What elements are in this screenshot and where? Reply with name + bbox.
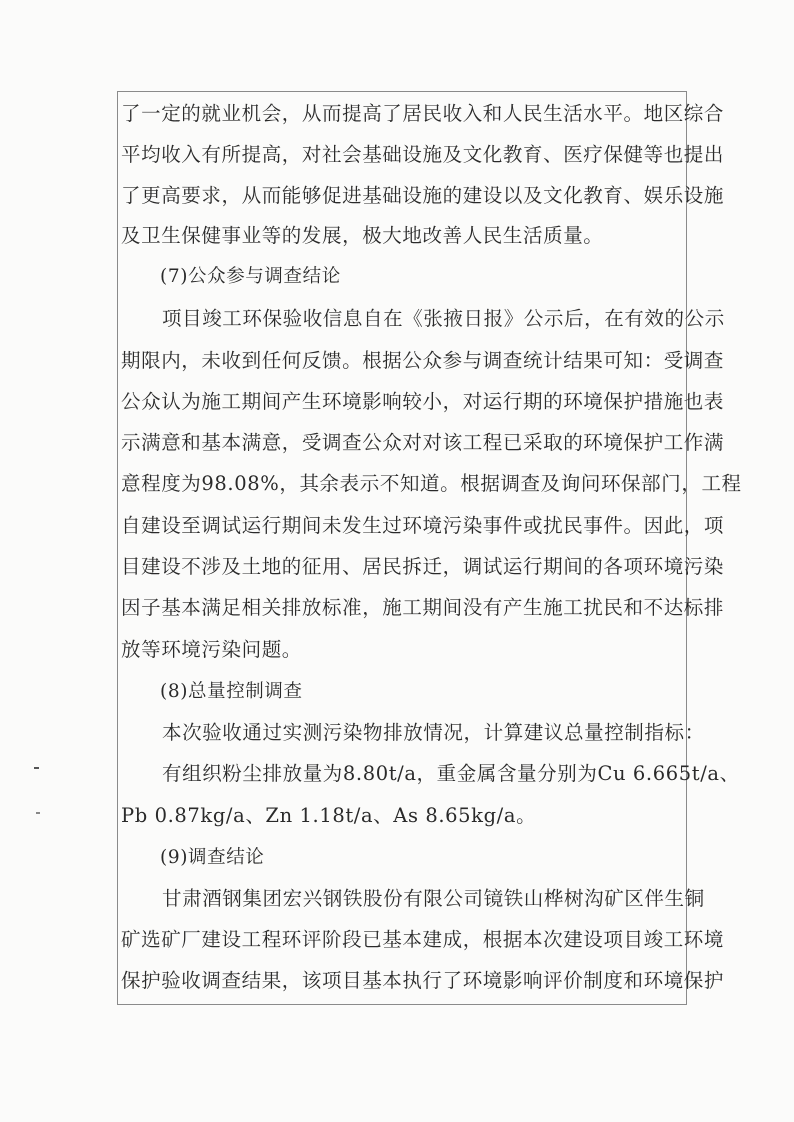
paragraph-line: 了一定的就业机会，从而提高了居民收入和人民生活水平。地区综合 <box>121 102 724 126</box>
paragraph-line: 目建设不涉及土地的征用、居民拆迁，调试运行期间的各项环境污染 <box>121 555 724 579</box>
paragraph-line: 及卫生保健事业等的发展，极大地改善人民生活质量。 <box>121 224 603 248</box>
paragraph-line: 保护验收调查结果，该项目基本执行了环境影响评价制度和环境保护 <box>121 969 724 993</box>
paragraph-line: 期限内，未收到任何反馈。根据公众参与调查统计结果可知：受调查 <box>121 349 724 373</box>
scan-mark <box>36 812 40 814</box>
paragraph-line: 示满意和基本满意，受调查公众对对该工程已采取的环境保护工作满 <box>121 431 724 455</box>
paragraph-line: 矿选矿厂建设工程环评阶段已基本建成，根据本次建设项目竣工环境 <box>121 928 724 952</box>
paragraph-line: 了更高要求，从而能够促进基础设施的建设以及文化教育、娱乐设施 <box>121 184 724 208</box>
paragraph-line: 因子基本满足相关排放标准，施工期间没有产生施工扰民和不达标排 <box>121 596 724 620</box>
paragraph-line: 公众认为施工期间产生环境影响较小，对运行期的环境保护措施也表 <box>121 390 724 414</box>
paragraph-line: Pb 0.87kg/a、Zn 1.18t/a、As 8.65kg/a。 <box>121 804 536 828</box>
section-heading-public-participation: (7)公众参与调查结论 <box>160 265 341 289</box>
section-heading-total-control: (8)总量控制调查 <box>160 680 303 704</box>
paragraph-line: 甘肃酒钢集团宏兴钢铁股份有限公司镜铁山桦树沟矿区伴生铜 <box>162 887 705 911</box>
section-heading-conclusion: (9)调查结论 <box>160 846 264 870</box>
paragraph-line: 本次验收通过实测污染物排放情况，计算建议总量控制指标： <box>162 721 705 745</box>
paragraph-line: 项目竣工环保验收信息自在《张掖日报》公示后，在有效的公示 <box>162 307 725 331</box>
paragraph-line: 平均收入有所提高，对社会基础设施及文化教育、医疗保健等也提出 <box>121 143 724 167</box>
paragraph-line: 有组织粉尘排放量为8.80t/a，重金属含量分别为Cu 6.665t/a、 <box>162 762 740 786</box>
paragraph-line: 放等环境污染问题。 <box>121 638 302 662</box>
scan-mark <box>34 767 39 769</box>
paragraph-line: 自建设至调试运行期间未发生过环境污染事件或扰民事件。因此，项 <box>121 514 724 538</box>
paragraph-line: 意程度为98.08%，其余表示不知道。根据调查及询问环保部门，工程 <box>121 472 742 496</box>
